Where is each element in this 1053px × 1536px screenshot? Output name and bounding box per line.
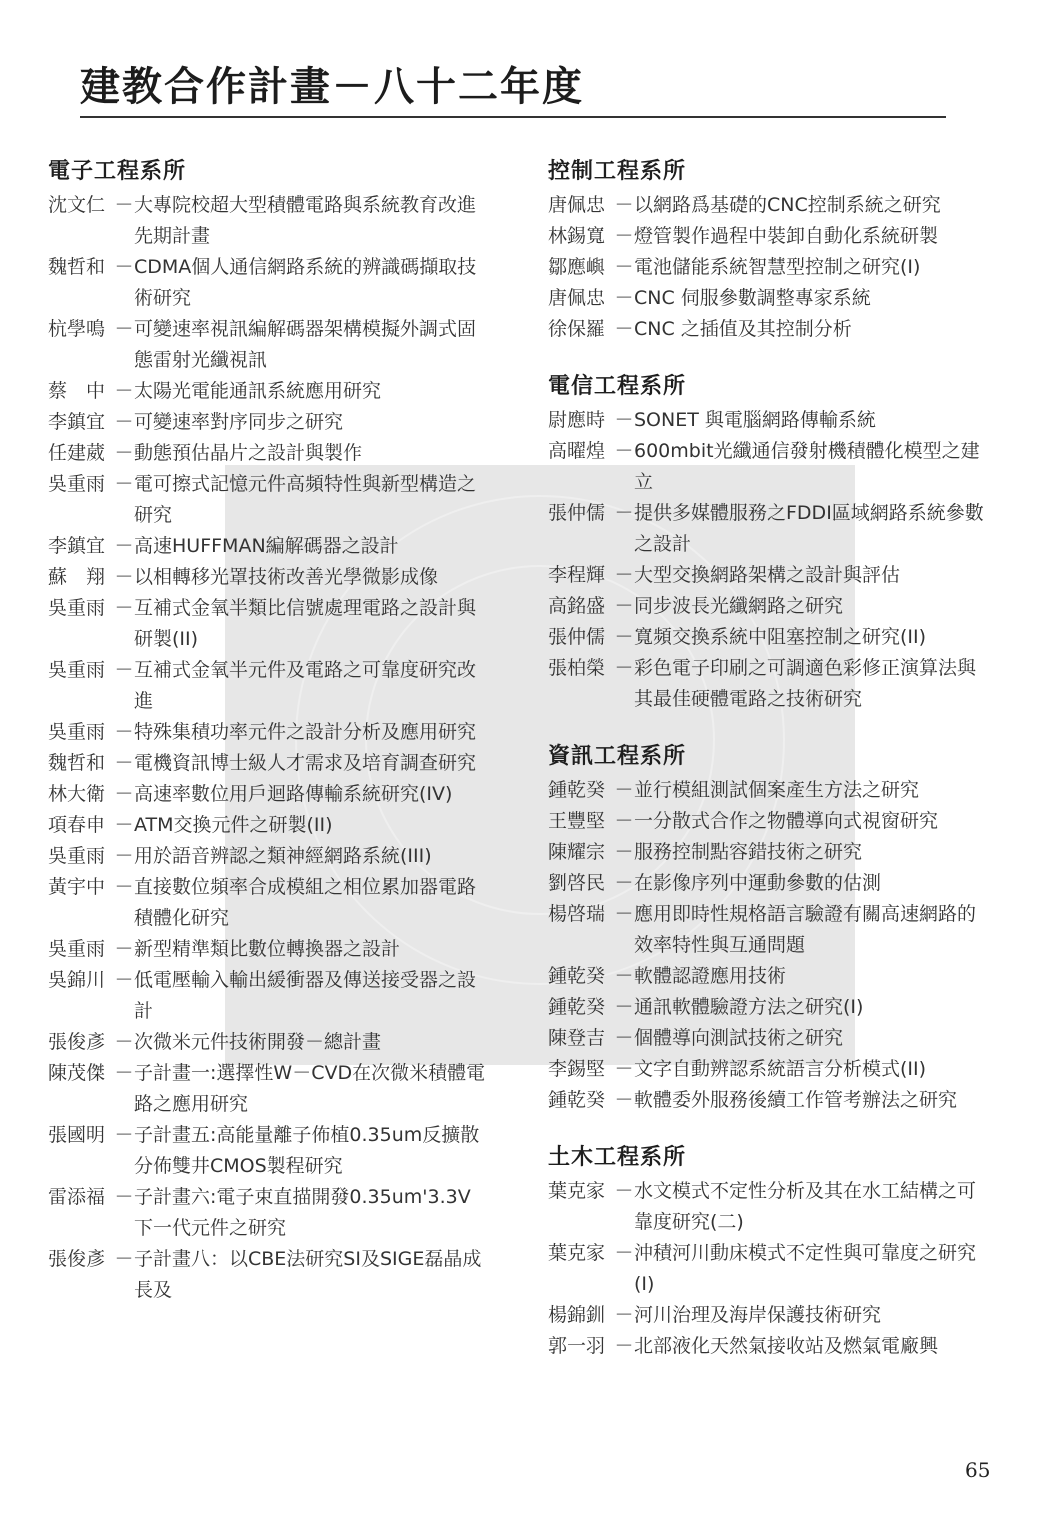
project-title: 子計畫六:電子束直描開發0.35um'3.3V下一代元件之研究: [134, 1182, 488, 1244]
separator-dash: －: [614, 899, 634, 961]
separator-dash: －: [114, 748, 134, 779]
project-entry: 高銘盛－同步波長光纖網路之研究: [548, 591, 988, 622]
department-section: 電子工程系所沈文仁－大專院校超大型積體電路與系統教育改進先期計畫魏哲和－CDMA…: [48, 156, 488, 1306]
project-entry: 鍾乾癸－並行模組測試個案產生方法之研究: [548, 775, 988, 806]
project-entry: 沈文仁－大專院校超大型積體電路與系統教育改進先期計畫: [48, 190, 488, 252]
project-entry: 吳重雨－互補式金氧半元件及電路之可靠度研究改進: [48, 655, 488, 717]
project-entry: 李程輝－大型交換網路架構之設計與評估: [548, 560, 988, 591]
project-title: 用於語音辨認之類神經網路系統(III): [134, 841, 488, 872]
investigator-name: 林大衛: [48, 779, 114, 810]
project-title: 互補式金氧半元件及電路之可靠度研究改進: [134, 655, 488, 717]
project-entry: 唐佩忠－以網路爲基礎的CNC控制系統之研究: [548, 190, 988, 221]
project-title: 子計畫一:選擇性W－CVD在次微米積體電路之應用研究: [134, 1058, 488, 1120]
project-title: 提供多媒體服務之FDDI區域網路系統參數之設計: [634, 498, 988, 560]
investigator-name: 吳重雨: [48, 655, 114, 717]
right-column: 控制工程系所唐佩忠－以網路爲基礎的CNC控制系統之研究林錫寬－燈管製作過程中裝卸…: [548, 156, 988, 1388]
project-title: 次微米元件技術開發－總計畫: [134, 1027, 488, 1058]
project-title: 電機資訊博士級人才需求及培育調查研究: [134, 748, 488, 779]
project-entry: 李鎮宜－可變速率對序同步之研究: [48, 407, 488, 438]
separator-dash: －: [114, 810, 134, 841]
project-title: 可變速率對序同步之研究: [134, 407, 488, 438]
investigator-name: 鍾乾癸: [548, 775, 614, 806]
project-title: 特殊集積功率元件之設計分析及應用研究: [134, 717, 488, 748]
investigator-name: 楊錦釧: [548, 1300, 614, 1331]
project-entry: 林錫寬－燈管製作過程中裝卸自動化系統研製: [548, 221, 988, 252]
separator-dash: －: [114, 562, 134, 593]
investigator-name: 張柏榮: [548, 653, 614, 715]
investigator-name: 張國明: [48, 1120, 114, 1182]
page-header: 建教合作計畫－八十二年度: [80, 62, 946, 118]
separator-dash: －: [614, 1054, 634, 1085]
separator-dash: －: [114, 1244, 134, 1306]
investigator-name: 鄒應嶼: [548, 252, 614, 283]
department-title: 電子工程系所: [48, 156, 488, 188]
separator-dash: －: [114, 841, 134, 872]
separator-dash: －: [614, 560, 634, 591]
investigator-name: 郭一羽: [548, 1331, 614, 1362]
project-title: 直接數位頻率合成模組之相位累加器電路積體化研究: [134, 872, 488, 934]
separator-dash: －: [114, 934, 134, 965]
project-title: 大型交換網路架構之設計與評估: [634, 560, 988, 591]
separator-dash: －: [614, 190, 634, 221]
separator-dash: －: [614, 314, 634, 345]
investigator-name: 楊啓瑞: [548, 899, 614, 961]
separator-dash: －: [114, 469, 134, 531]
project-entry: 陳耀宗－服務控制點容錯技術之研究: [548, 837, 988, 868]
separator-dash: －: [114, 407, 134, 438]
investigator-name: 陳登吉: [548, 1023, 614, 1054]
project-entry: 張柏榮－彩色電子印刷之可調適色彩修正演算法與其最佳硬體電路之技術研究: [548, 653, 988, 715]
investigator-name: 張俊彥: [48, 1027, 114, 1058]
separator-dash: －: [114, 376, 134, 407]
separator-dash: －: [114, 314, 134, 376]
separator-dash: －: [614, 591, 634, 622]
project-entry: 楊錦釧－河川治理及海岸保護技術研究: [548, 1300, 988, 1331]
separator-dash: －: [614, 1300, 634, 1331]
investigator-name: 黃宇中: [48, 872, 114, 934]
project-entry: 唐佩忠－CNC 伺服參數調整專家系統: [548, 283, 988, 314]
investigator-name: 吳錦川: [48, 965, 114, 1027]
project-title: 電池儲能系統智慧型控制之研究(I): [634, 252, 988, 283]
investigator-name: 項春申: [48, 810, 114, 841]
project-title: 文字自動辨認系統語言分析模式(II): [634, 1054, 988, 1085]
separator-dash: －: [614, 252, 634, 283]
investigator-name: 李鎮宜: [48, 531, 114, 562]
separator-dash: －: [614, 405, 634, 436]
project-title: 並行模組測試個案產生方法之研究: [634, 775, 988, 806]
page-title: 建教合作計畫－八十二年度: [80, 62, 946, 112]
separator-dash: －: [614, 1331, 634, 1362]
project-title: CNC 之插值及其控制分析: [634, 314, 988, 345]
project-entry: 鍾乾癸－軟體認證應用技術: [548, 961, 988, 992]
investigator-name: 吳重雨: [48, 934, 114, 965]
project-entry: 陳茂傑－子計畫一:選擇性W－CVD在次微米積體電路之應用研究: [48, 1058, 488, 1120]
separator-dash: －: [114, 1058, 134, 1120]
project-title: 在影像序列中運動參數的估測: [634, 868, 988, 899]
investigator-name: 徐保羅: [548, 314, 614, 345]
project-entry: 項春申－ATM交換元件之研製(II): [48, 810, 488, 841]
project-entry: 吳重雨－互補式金氧半類比信號處理電路之設計與研製(II): [48, 593, 488, 655]
project-entry: 魏哲和－CDMA個人通信網路系統的辨識碼擷取技術研究: [48, 252, 488, 314]
project-entry: 黃宇中－直接數位頻率合成模組之相位累加器電路積體化研究: [48, 872, 488, 934]
separator-dash: －: [114, 252, 134, 314]
project-entry: 吳重雨－新型精準類比數位轉換器之設計: [48, 934, 488, 965]
investigator-name: 沈文仁: [48, 190, 114, 252]
title-divider: [80, 116, 946, 118]
project-entry: 張俊彥－子計畫八：以CBE法研究SI及SIGE磊晶成長及: [48, 1244, 488, 1306]
investigator-name: 李鎮宜: [48, 407, 114, 438]
investigator-name: 吳重雨: [48, 841, 114, 872]
page-number: 65: [965, 1458, 990, 1482]
project-entry: 李鎮宜－高速HUFFMAN編解碼器之設計: [48, 531, 488, 562]
investigator-name: 陳耀宗: [548, 837, 614, 868]
department-section: 控制工程系所唐佩忠－以網路爲基礎的CNC控制系統之研究林錫寬－燈管製作過程中裝卸…: [548, 156, 988, 345]
project-title: 河川治理及海岸保護技術研究: [634, 1300, 988, 1331]
project-entry: 吳錦川－低電壓輸入輸出緩衝器及傳送接受器之設計: [48, 965, 488, 1027]
investigator-name: 杭學鳴: [48, 314, 114, 376]
separator-dash: －: [614, 498, 634, 560]
project-title: CNC 伺服參數調整專家系統: [634, 283, 988, 314]
department-title: 土木工程系所: [548, 1142, 988, 1174]
investigator-name: 王豐堅: [548, 806, 614, 837]
separator-dash: －: [614, 653, 634, 715]
separator-dash: －: [614, 806, 634, 837]
separator-dash: －: [614, 868, 634, 899]
project-entry: 徐保羅－CNC 之插值及其控制分析: [548, 314, 988, 345]
department-section: 土木工程系所葉克家－水文模式不定性分析及其在水工結構之可靠度研究(二)葉克家－沖…: [548, 1142, 988, 1362]
investigator-name: 李程輝: [548, 560, 614, 591]
project-title: 軟體委外服務後續工作管考辦法之研究: [634, 1085, 988, 1116]
separator-dash: －: [114, 531, 134, 562]
project-entry: 陳登吉－個體導向測試技術之研究: [548, 1023, 988, 1054]
separator-dash: －: [614, 1023, 634, 1054]
project-entry: 王豐堅－一分散式合作之物體導向式視窗研究: [548, 806, 988, 837]
separator-dash: －: [114, 190, 134, 252]
project-title: 沖積河川動床模式不定性與可靠度之研究(I): [634, 1238, 988, 1300]
project-entry: 楊啓瑞－應用即時性規格語言驗證有關高速網路的效率特性與互通問題: [548, 899, 988, 961]
project-title: 可變速率視訊編解碼器架構模擬外調式固態雷射光纖視訊: [134, 314, 488, 376]
investigator-name: 吳重雨: [48, 717, 114, 748]
left-column: 電子工程系所沈文仁－大專院校超大型積體電路與系統教育改進先期計畫魏哲和－CDMA…: [48, 156, 488, 1332]
department-section: 資訊工程系所鍾乾癸－並行模組測試個案產生方法之研究王豐堅－一分散式合作之物體導向…: [548, 741, 988, 1116]
project-entry: 蔡 中－太陽光電能通訊系統應用研究: [48, 376, 488, 407]
investigator-name: 蘇 翔: [48, 562, 114, 593]
project-title: 以網路爲基礎的CNC控制系統之研究: [634, 190, 988, 221]
separator-dash: －: [614, 837, 634, 868]
project-title: 新型精準類比數位轉換器之設計: [134, 934, 488, 965]
separator-dash: －: [114, 1027, 134, 1058]
department-title: 控制工程系所: [548, 156, 988, 188]
project-entry: 鄒應嶼－電池儲能系統智慧型控制之研究(I): [548, 252, 988, 283]
investigator-name: 張仲儒: [548, 498, 614, 560]
investigator-name: 高銘盛: [548, 591, 614, 622]
project-entry: 林大衛－高速率數位用戶迴路傳輸系統研究(IV): [48, 779, 488, 810]
investigator-name: 吳重雨: [48, 593, 114, 655]
project-entry: 雷添福－子計畫六:電子束直描開發0.35um'3.3V下一代元件之研究: [48, 1182, 488, 1244]
project-title: 以相轉移光罩技術改善光學微影成像: [134, 562, 488, 593]
separator-dash: －: [614, 992, 634, 1023]
separator-dash: －: [614, 283, 634, 314]
project-entry: 鍾乾癸－軟體委外服務後續工作管考辦法之研究: [548, 1085, 988, 1116]
separator-dash: －: [114, 655, 134, 717]
separator-dash: －: [614, 1085, 634, 1116]
project-title: 電可擦式記憶元件高頻特性與新型構造之研究: [134, 469, 488, 531]
project-title: CDMA個人通信網路系統的辨識碼擷取技術研究: [134, 252, 488, 314]
project-title: SONET 與電腦網路傳輸系統: [634, 405, 988, 436]
investigator-name: 張俊彥: [48, 1244, 114, 1306]
investigator-name: 李錫堅: [548, 1054, 614, 1085]
project-entry: 張國明－子計畫五:高能量離子佈植0.35um反擴散分佈雙井CMOS製程研究: [48, 1120, 488, 1182]
project-entry: 李錫堅－文字自動辨認系統語言分析模式(II): [548, 1054, 988, 1085]
separator-dash: －: [614, 961, 634, 992]
investigator-name: 蔡 中: [48, 376, 114, 407]
project-title: 通訊軟體驗證方法之研究(I): [634, 992, 988, 1023]
project-entry: 蘇 翔－以相轉移光罩技術改善光學微影成像: [48, 562, 488, 593]
project-entry: 張仲儒－寬頻交換系統中阻塞控制之研究(II): [548, 622, 988, 653]
project-entry: 吳重雨－電可擦式記憶元件高頻特性與新型構造之研究: [48, 469, 488, 531]
investigator-name: 劉啓民: [548, 868, 614, 899]
project-entry: 吳重雨－特殊集積功率元件之設計分析及應用研究: [48, 717, 488, 748]
investigator-name: 林錫寬: [548, 221, 614, 252]
project-title: 低電壓輸入輸出緩衝器及傳送接受器之設計: [134, 965, 488, 1027]
separator-dash: －: [114, 1120, 134, 1182]
investigator-name: 高曜煌: [548, 436, 614, 498]
separator-dash: －: [114, 965, 134, 1027]
project-title: 燈管製作過程中裝卸自動化系統研製: [634, 221, 988, 252]
project-title: 應用即時性規格語言驗證有關高速網路的效率特性與互通問題: [634, 899, 988, 961]
project-title: 子計畫五:高能量離子佈植0.35um反擴散分佈雙井CMOS製程研究: [134, 1120, 488, 1182]
project-entry: 葉克家－水文模式不定性分析及其在水工結構之可靠度研究(二): [548, 1176, 988, 1238]
investigator-name: 鍾乾癸: [548, 961, 614, 992]
separator-dash: －: [114, 872, 134, 934]
project-title: 寬頻交換系統中阻塞控制之研究(II): [634, 622, 988, 653]
project-title: 水文模式不定性分析及其在水工結構之可靠度研究(二): [634, 1176, 988, 1238]
separator-dash: －: [614, 1238, 634, 1300]
separator-dash: －: [614, 775, 634, 806]
project-title: 子計畫八：以CBE法研究SI及SIGE磊晶成長及: [134, 1244, 488, 1306]
project-title: 高速HUFFMAN編解碼器之設計: [134, 531, 488, 562]
investigator-name: 鍾乾癸: [548, 992, 614, 1023]
project-entry: 魏哲和－電機資訊博士級人才需求及培育調查研究: [48, 748, 488, 779]
project-entry: 尉應時－SONET 與電腦網路傳輸系統: [548, 405, 988, 436]
project-entry: 吳重雨－用於語音辨認之類神經網路系統(III): [48, 841, 488, 872]
separator-dash: －: [614, 1176, 634, 1238]
project-entry: 高曜煌－600mbit光纖通信發射機積體化模型之建立: [548, 436, 988, 498]
separator-dash: －: [614, 221, 634, 252]
department-title: 電信工程系所: [548, 371, 988, 403]
project-title: 服務控制點容錯技術之研究: [634, 837, 988, 868]
investigator-name: 魏哲和: [48, 252, 114, 314]
investigator-name: 尉應時: [548, 405, 614, 436]
investigator-name: 吳重雨: [48, 469, 114, 531]
department-title: 資訊工程系所: [548, 741, 988, 773]
separator-dash: －: [614, 622, 634, 653]
separator-dash: －: [114, 717, 134, 748]
project-entry: 杭學鳴－可變速率視訊編解碼器架構模擬外調式固態雷射光纖視訊: [48, 314, 488, 376]
investigator-name: 葉克家: [548, 1176, 614, 1238]
project-title: 大專院校超大型積體電路與系統教育改進先期計畫: [134, 190, 488, 252]
project-title: ATM交換元件之研製(II): [134, 810, 488, 841]
separator-dash: －: [114, 593, 134, 655]
department-section: 電信工程系所尉應時－SONET 與電腦網路傳輸系統高曜煌－600mbit光纖通信…: [548, 371, 988, 715]
project-entry: 劉啓民－在影像序列中運動參數的估測: [548, 868, 988, 899]
project-title: 太陽光電能通訊系統應用研究: [134, 376, 488, 407]
separator-dash: －: [114, 1182, 134, 1244]
project-title: 互補式金氧半類比信號處理電路之設計與研製(II): [134, 593, 488, 655]
separator-dash: －: [614, 436, 634, 498]
project-title: 個體導向測試技術之研究: [634, 1023, 988, 1054]
project-entry: 任建葳－動態預估晶片之設計與製作: [48, 438, 488, 469]
project-title: 高速率數位用戶迴路傳輸系統研究(IV): [134, 779, 488, 810]
project-title: 彩色電子印刷之可調適色彩修正演算法與其最佳硬體電路之技術研究: [634, 653, 988, 715]
investigator-name: 葉克家: [548, 1238, 614, 1300]
investigator-name: 任建葳: [48, 438, 114, 469]
project-entry: 張俊彥－次微米元件技術開發－總計畫: [48, 1027, 488, 1058]
investigator-name: 張仲儒: [548, 622, 614, 653]
investigator-name: 陳茂傑: [48, 1058, 114, 1120]
project-title: 軟體認證應用技術: [634, 961, 988, 992]
project-title: 一分散式合作之物體導向式視窗研究: [634, 806, 988, 837]
project-entry: 鍾乾癸－通訊軟體驗證方法之研究(I): [548, 992, 988, 1023]
investigator-name: 唐佩忠: [548, 283, 614, 314]
project-entry: 葉克家－沖積河川動床模式不定性與可靠度之研究(I): [548, 1238, 988, 1300]
project-title: 動態預估晶片之設計與製作: [134, 438, 488, 469]
investigator-name: 唐佩忠: [548, 190, 614, 221]
project-entry: 張仲儒－提供多媒體服務之FDDI區域網路系統參數之設計: [548, 498, 988, 560]
investigator-name: 雷添福: [48, 1182, 114, 1244]
project-title: 北部液化天然氣接收站及燃氣電廠興: [634, 1331, 988, 1362]
project-title: 同步波長光纖網路之研究: [634, 591, 988, 622]
separator-dash: －: [114, 438, 134, 469]
project-entry: 郭一羽－北部液化天然氣接收站及燃氣電廠興: [548, 1331, 988, 1362]
investigator-name: 魏哲和: [48, 748, 114, 779]
separator-dash: －: [114, 779, 134, 810]
investigator-name: 鍾乾癸: [548, 1085, 614, 1116]
project-title: 600mbit光纖通信發射機積體化模型之建立: [634, 436, 988, 498]
